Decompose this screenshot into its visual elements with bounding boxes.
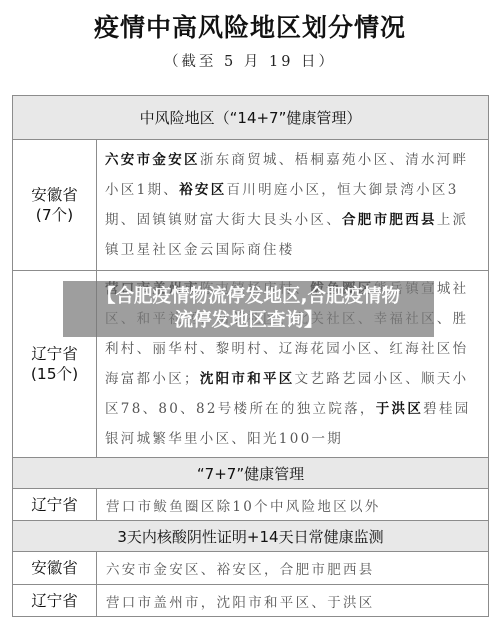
area-detail: 六安市金安区浙东商贸城、梧桐嘉苑小区、清水河畔小区1期、裕安区百川明庭小区，恒大… bbox=[97, 140, 489, 271]
detail-segment: 六安市金安区 bbox=[105, 152, 200, 168]
document-subtitle: （截至 5 月 19 日） bbox=[0, 50, 500, 71]
table-row-liaoning-7plus7: 辽宁省 营口市鲅鱼圈区除10个中风险地区以外 bbox=[13, 489, 489, 521]
province-cell: 安徽省 (7个) bbox=[13, 140, 97, 271]
document-title: 疫情中高风险地区划分情况 bbox=[0, 8, 500, 44]
detail-segment: 合肥市肥西县 bbox=[342, 212, 437, 228]
province-count: (15个) bbox=[13, 364, 96, 384]
table-row-anhui-medium: 安徽省 (7个) 六安市金安区浙东商贸城、梧桐嘉苑小区、清水河畔小区1期、裕安区… bbox=[13, 140, 489, 271]
section-title: 中风险地区（“14+7”健康管理） bbox=[13, 96, 489, 140]
section-title: “7+7”健康管理 bbox=[13, 458, 489, 489]
table-row-anhui-monitor: 安徽省 六安市金安区、裕安区，合肥市肥西县 bbox=[13, 552, 489, 585]
province-name: 辽宁省 bbox=[13, 344, 96, 364]
province-count: (7个) bbox=[13, 205, 96, 225]
overlay-line-1: 【合肥疫情物流停发地区,合肥疫情物 bbox=[63, 285, 434, 309]
section-header-medium-risk: 中风险地区（“14+7”健康管理） bbox=[13, 96, 489, 140]
section-header-nucleic-test: 3天内核酸阴性证明+14天日常健康监测 bbox=[13, 521, 489, 552]
section-title: 3天内核酸阴性证明+14天日常健康监测 bbox=[13, 521, 489, 552]
province-name: 辽宁省 bbox=[13, 489, 97, 521]
area-detail: 营口市盖州市，沈阳市和平区、于洪区 bbox=[97, 585, 489, 617]
detail-segment: 沈阳市和平区 bbox=[200, 371, 295, 387]
section-header-7plus7: “7+7”健康管理 bbox=[13, 458, 489, 489]
risk-area-table: 中风险地区（“14+7”健康管理） 安徽省 (7个) 六安市金安区浙东商贸城、梧… bbox=[12, 95, 489, 617]
overlay-line-2: 流停发地区查询】 bbox=[63, 309, 434, 333]
province-name: 辽宁省 bbox=[13, 585, 97, 617]
area-detail: 营口市鲅鱼圈区除10个中风险地区以外 bbox=[97, 489, 489, 521]
watermark-caption-overlay: 【合肥疫情物流停发地区,合肥疫情物 流停发地区查询】 bbox=[63, 281, 434, 337]
detail-segment: 裕安区 bbox=[179, 182, 226, 198]
detail-segment: 于洪区 bbox=[376, 401, 423, 417]
area-detail: 六安市金安区、裕安区，合肥市肥西县 bbox=[97, 552, 489, 585]
province-name: 安徽省 bbox=[13, 552, 97, 585]
province-name: 安徽省 bbox=[13, 185, 96, 205]
table-row-liaoning-monitor: 辽宁省 营口市盖州市，沈阳市和平区、于洪区 bbox=[13, 585, 489, 617]
